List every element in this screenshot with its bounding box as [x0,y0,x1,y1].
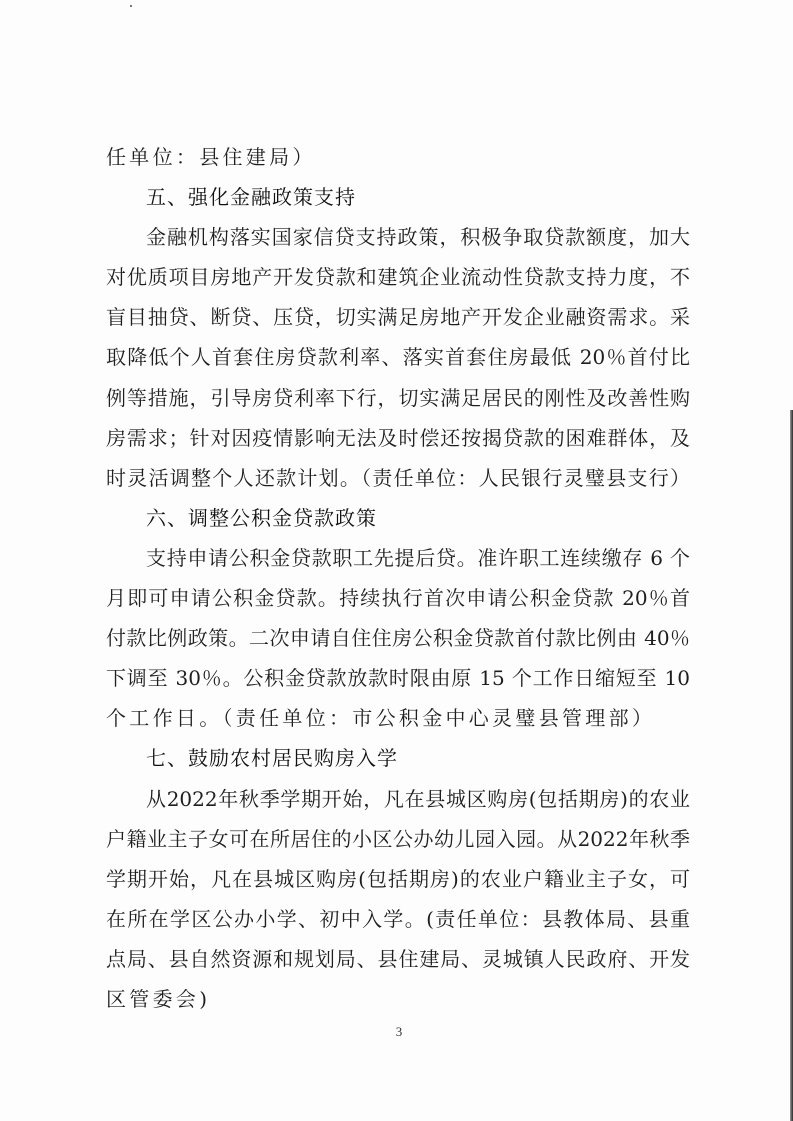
paragraph-line: 从2022年秋季学期开始，凡在县城区购房(包括期房)的农业 [106,779,690,819]
paragraph-line: 取降低个人首套住房贷款利率、落实首套住房最低 20％首付比 [106,337,690,377]
paragraph-line: 支持申请公积金贷款职工先提后贷。准许职工连续缴存 6 个 [106,538,690,578]
paragraph-line: 房需求；针对因疫情影响无法及时偿还按揭贷款的困难群体，及 [106,418,690,458]
paragraph-line: 例等措施，引导房贷利率下行，切实满足居民的刚性及改善性购 [106,378,690,418]
section-heading-5: 五、强化金融政策支持 [106,177,690,217]
document-page: 任单位：县住建局） 五、强化金融政策支持 金融机构落实国家信贷支持政策，积极争取… [0,0,793,1121]
paragraph-line: 区管委会) [106,979,690,1019]
paragraph-line: 金融机构落实国家信贷支持政策，积极争取贷款额度，加大 [106,217,690,257]
paragraph-line: 对优质项目房地产开发贷款和建筑企业流动性贷款支持力度，不 [106,257,690,297]
section-heading-7: 七、鼓励农村居民购房入学 [106,738,690,778]
document-body: 任单位：县住建局） 五、强化金融政策支持 金融机构落实国家信贷支持政策，积极争取… [106,137,690,1019]
paragraph-line: 点局、县自然资源和规划局、县住建局、灵城镇人民政府、开发 [106,939,690,979]
paragraph-line: 户籍业主子女可在所居住的小区公办幼儿园入园。从2022年秋季 [106,819,690,859]
paragraph-line: 月即可申请公积金贷款。持续执行首次申请公积金贷款 20％首 [106,578,690,618]
page-number: 3 [393,1024,405,1040]
section-heading-6: 六、调整公积金贷款政策 [106,498,690,538]
paragraph-line: 个工作日。（责任单位：市公积金中心灵璧县管理部） [106,698,690,738]
paragraph-line: 付款比例政策。二次申请自住住房公积金贷款首付款比例由 40％ [106,618,690,658]
paragraph-line: 时灵活调整个人还款计划。（责任单位：人民银行灵璧县支行） [106,458,690,498]
paragraph-line: 在所在学区公办小学、初中入学。(责任单位：县教体局、县重 [106,899,690,939]
paragraph-line: 下调至 30％。公积金贷款放款时限由原 15 个工作日缩短至 10 [106,658,690,698]
paragraph-line: 学期开始，凡在县城区购房(包括期房)的农业户籍业主子女，可 [106,859,690,899]
paragraph-line: 盲目抽贷、断贷、压贷，切实满足房地产开发企业融资需求。采 [106,297,690,337]
scan-artifact-dot [130,5,132,7]
continuation-line: 任单位：县住建局） [106,137,690,177]
